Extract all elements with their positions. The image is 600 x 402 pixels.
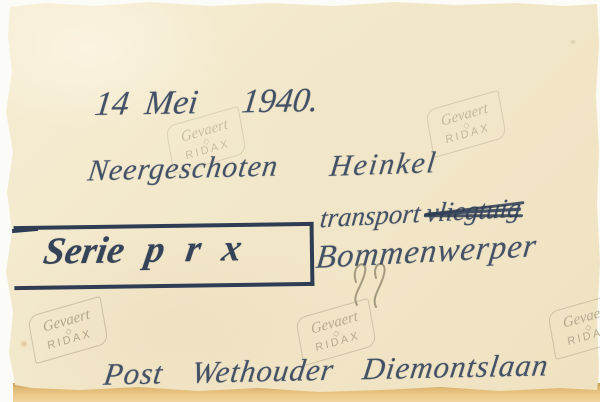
handwritten-word-neergeschoten: Neergeschoten [86,149,281,188]
handwritten-word-heinkel: Heinkel [328,146,439,184]
series-label: Serie p r x [41,226,245,274]
handwritten-date: 14Mei1940. [93,82,321,124]
struck-out-word: vliegtuig [425,193,523,229]
date-year: 1940. [240,82,321,120]
scanned-photo-verso: Gevaert ◇ RIDAX Gevaert ◇ RIDAX Gevaert … [0,0,600,402]
date-day: 14 [93,85,132,123]
handwritten-word-transport: transport [319,198,423,233]
date-month: Mei [143,84,200,122]
